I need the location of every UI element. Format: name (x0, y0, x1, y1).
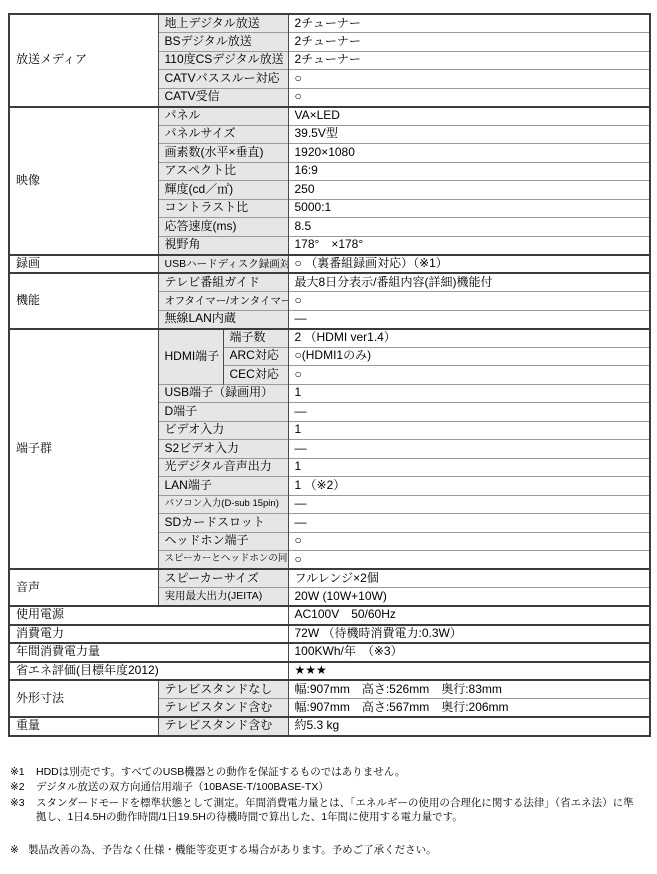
sub-item-cell: ARC対応 (223, 347, 288, 366)
value-cell: 1 (288, 421, 650, 440)
item-cell: パソコン入力(D-sub 15pin) (158, 495, 288, 514)
item-cell: SDカードスロット (158, 514, 288, 533)
value-cell: 8.5 (288, 218, 650, 237)
footnote: ※1HDDは別売です。すべてのUSB機器との動作を保証するものではありません。 (10, 765, 650, 779)
value-cell: ○(HDMI1のみ) (288, 347, 650, 366)
general-note-marker: ※ (10, 843, 28, 857)
spec-row: 使用電源AC100V 50/60Hz (9, 606, 650, 625)
value-cell: 20W (10W+10W) (288, 588, 650, 607)
item-cell: テレビスタンド含む (158, 717, 288, 736)
category-cell: 映像 (9, 107, 158, 255)
value-cell: AC100V 50/60Hz (288, 606, 650, 625)
general-note: ※製品改善の為、予告なく仕様・機能等変更する場合があります。予めご了承ください。 (10, 843, 650, 857)
value-cell: 最大8日分表示/番組内容(詳細)機能付 (288, 273, 650, 292)
item-cell: CATV受信 (158, 88, 288, 107)
spec-sheet-page: 放送メディア地上デジタル放送2チューナーBSデジタル放送2チューナー110度CS… (0, 0, 657, 874)
item-cell: CATVパススルー対応 (158, 70, 288, 89)
category-cell: 録画 (9, 255, 158, 274)
spec-row: 機能テレビ番組ガイド最大8日分表示/番組内容(詳細)機能付 (9, 273, 650, 292)
item-cell: コントラスト比 (158, 199, 288, 218)
value-cell: 39.5V型 (288, 125, 650, 144)
category-cell: 端子群 (9, 329, 158, 570)
spec-row: 端子群HDMI端子端子数2 （HDMI ver1.4） (9, 329, 650, 348)
item-cell: BSデジタル放送 (158, 33, 288, 52)
value-cell: 1 (288, 458, 650, 477)
category-cell: 使用電源 (9, 606, 288, 625)
value-cell: ★★★ (288, 662, 650, 681)
category-cell: 省エネ評価(目標年度2012) (9, 662, 288, 681)
value-cell: 100KWh/年 （※3） (288, 643, 650, 662)
item-cell: USB端子（録画用） (158, 384, 288, 403)
value-cell: 72W （待機時消費電力:0.3W） (288, 625, 650, 644)
item-cell: パネルサイズ (158, 125, 288, 144)
item-cell: 画素数(水平×垂直) (158, 144, 288, 163)
footnote: ※2デジタル放送の双方向通信用端子（10BASE-T/100BASE-TX） (10, 780, 650, 794)
sub-item-cell: 端子数 (223, 329, 288, 348)
value-cell: 2 （HDMI ver1.4） (288, 329, 650, 348)
item-cell: 地上デジタル放送 (158, 14, 288, 33)
item-cell: 応答速度(ms) (158, 218, 288, 237)
item-cell: 無線LAN内蔵 (158, 310, 288, 329)
footnote-marker: ※1 (10, 765, 36, 779)
value-cell: ○ (288, 88, 650, 107)
value-cell: ○ (288, 70, 650, 89)
category-cell: 放送メディア (9, 14, 158, 107)
value-cell: 1 (288, 384, 650, 403)
value-cell: 2チューナー (288, 51, 650, 70)
item-cell: オフタイマー/オンタイマー (158, 292, 288, 311)
item-cell: 輝度(cd／㎡) (158, 181, 288, 200)
sub-item-cell: CEC対応 (223, 366, 288, 385)
item-cell: USBハードディスク録画対応 (158, 255, 288, 274)
item-cell: LAN端子 (158, 477, 288, 496)
value-cell: 1920×1080 (288, 144, 650, 163)
item-cell: テレビ番組ガイド (158, 273, 288, 292)
item-cell: スピーカーサイズ (158, 569, 288, 588)
item-cell: D端子 (158, 403, 288, 422)
value-cell: ― (288, 514, 650, 533)
spec-row: 映像パネルVA×LED (9, 107, 650, 126)
value-cell: フルレンジ×2個 (288, 569, 650, 588)
item-cell: テレビスタンド含む (158, 699, 288, 718)
value-cell: ― (288, 440, 650, 459)
category-cell: 機能 (9, 273, 158, 329)
value-cell: ― (288, 495, 650, 514)
footnote-text: スタンダードモードを標準状態として測定。年間消費電力量とは、「エネルギーの使用の… (36, 796, 650, 824)
spec-row: 省エネ評価(目標年度2012)★★★ (9, 662, 650, 681)
item-cell: 実用最大出力(JEITA) (158, 588, 288, 607)
footnote: ※3スタンダードモードを標準状態として測定。年間消費電力量とは、「エネルギーの使… (10, 796, 650, 824)
value-cell: 250 (288, 181, 650, 200)
category-cell: 年間消費電力量 (9, 643, 288, 662)
item-cell: テレビスタンドなし (158, 680, 288, 699)
value-cell: 約5.3 kg (288, 717, 650, 736)
item-cell: ビデオ入力 (158, 421, 288, 440)
footnote-marker: ※3 (10, 796, 36, 824)
category-cell: 重量 (9, 717, 158, 736)
spec-row: 音声スピーカーサイズフルレンジ×2個 (9, 569, 650, 588)
value-cell: 幅:907mm 高さ:526mm 奥行:83mm (288, 680, 650, 699)
value-cell: ― (288, 403, 650, 422)
spec-row: 録画USBハードディスク録画対応○ （裏番組録画対応）（※1） (9, 255, 650, 274)
spec-row: 年間消費電力量100KWh/年 （※3） (9, 643, 650, 662)
value-cell: ○ (288, 292, 650, 311)
value-cell: 178° ×178° (288, 236, 650, 255)
value-cell: VA×LED (288, 107, 650, 126)
item-cell: アスペクト比 (158, 162, 288, 181)
item-cell: 110度CSデジタル放送 (158, 51, 288, 70)
tv-spec-table: 放送メディア地上デジタル放送2チューナーBSデジタル放送2チューナー110度CS… (8, 13, 651, 737)
category-cell: 音声 (9, 569, 158, 606)
footnote-marker: ※2 (10, 780, 36, 794)
spec-row: 外形寸法テレビスタンドなし幅:907mm 高さ:526mm 奥行:83mm (9, 680, 650, 699)
spec-row: 重量テレビスタンド含む約5.3 kg (9, 717, 650, 736)
item-cell: パネル (158, 107, 288, 126)
item-cell: 光デジタル音声出力 (158, 458, 288, 477)
value-cell: 16:9 (288, 162, 650, 181)
item-cell: 視野角 (158, 236, 288, 255)
value-cell: ― (288, 310, 650, 329)
footnote-text: デジタル放送の双方向通信用端子（10BASE-T/100BASE-TX） (36, 780, 650, 794)
value-cell: 5000:1 (288, 199, 650, 218)
item-cell: S2ビデオ入力 (158, 440, 288, 459)
group-cell: HDMI端子 (158, 329, 223, 385)
spec-row: 放送メディア地上デジタル放送2チューナー (9, 14, 650, 33)
footnote-text: HDDは別売です。すべてのUSB機器との動作を保証するものではありません。 (36, 765, 650, 779)
general-note-text: 製品改善の為、予告なく仕様・機能等変更する場合があります。予めご了承ください。 (28, 843, 650, 857)
spec-row: 消費電力72W （待機時消費電力:0.3W） (9, 625, 650, 644)
item-cell: ヘッドホン端子 (158, 532, 288, 551)
value-cell: ○ (288, 532, 650, 551)
value-cell: ○ （裏番組録画対応）（※1） (288, 255, 650, 274)
value-cell: 2チューナー (288, 33, 650, 52)
value-cell: ○ (288, 366, 650, 385)
value-cell: 幅:907mm 高さ:567mm 奥行:206mm (288, 699, 650, 718)
category-cell: 消費電力 (9, 625, 288, 644)
item-cell: スピーカーとヘッドホンの同時出力 (158, 551, 288, 570)
value-cell: 2チューナー (288, 14, 650, 33)
category-cell: 外形寸法 (9, 680, 158, 717)
value-cell: ○ (288, 551, 650, 570)
footnotes: ※1HDDは別売です。すべてのUSB機器との動作を保証するものではありません。※… (10, 765, 650, 858)
value-cell: 1 （※2） (288, 477, 650, 496)
